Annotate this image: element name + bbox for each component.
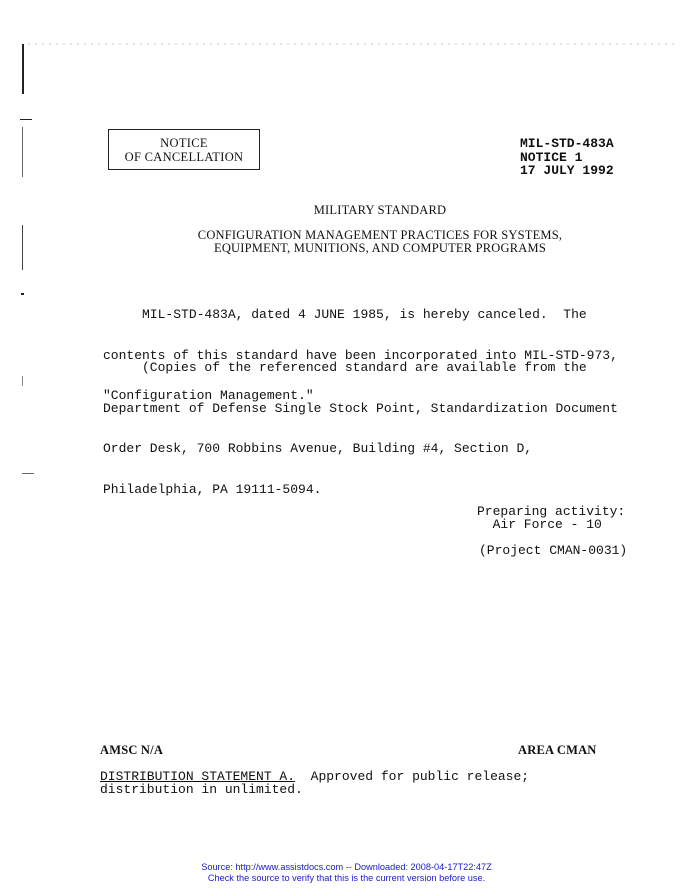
scan-mark-left-6 [22, 376, 23, 386]
notice-label: NOTICE [109, 136, 259, 150]
cancellation-label: OF CANCELLATION [109, 150, 259, 164]
scan-mark-left-1 [22, 44, 24, 94]
paragraph-line: Order Desk, 700 Robbins Avenue, Building… [103, 442, 618, 456]
copies-paragraph: (Copies of the referenced standard are a… [103, 334, 618, 510]
scan-mark-left-2 [20, 119, 32, 120]
project-number: (Project CMAN-0031) [479, 544, 627, 558]
source-footer: Source: http://www.assistdocs.com -- Dow… [0, 862, 693, 883]
paragraph-line: Philadelphia, PA 19111-5094. [103, 483, 618, 497]
paragraph-line: Department of Defense Single Stock Point… [103, 402, 618, 416]
paragraph-line: (Copies of the referenced standard are a… [103, 361, 618, 375]
notice-of-cancellation-box: NOTICE OF CANCELLATION [108, 129, 260, 170]
source-line: Source: http://www.assistdocs.com -- Dow… [0, 862, 693, 873]
notice-number: NOTICE 1 [520, 151, 614, 165]
scan-noise-top [28, 43, 678, 45]
notice-date: 17 JULY 1992 [520, 164, 614, 178]
verify-line: Check the source to verify that this is … [0, 873, 693, 884]
scan-mark-left-3 [22, 127, 23, 177]
amsc-code: AMSC N/A [100, 743, 163, 758]
scan-mark-left-7 [22, 473, 34, 474]
standard-number: MIL-STD-483A [520, 137, 614, 151]
paragraph-line: MIL-STD-483A, dated 4 JUNE 1985, is here… [103, 308, 618, 322]
area-code: AREA CMAN [518, 743, 597, 758]
scan-mark-left-5 [21, 293, 24, 295]
preparing-activity-value: Air Force - 10 [477, 518, 602, 532]
distribution-statement-line2: distribution in unlimited. [100, 783, 303, 797]
document-identifier: MIL-STD-483A NOTICE 1 17 JULY 1992 [520, 137, 614, 178]
document-title-line2: EQUIPMENT, MUNITIONS, AND COMPUTER PROGR… [0, 242, 693, 256]
document-category: MILITARY STANDARD [0, 203, 693, 218]
distribution-statement-text: Approved for public release; [295, 769, 529, 784]
